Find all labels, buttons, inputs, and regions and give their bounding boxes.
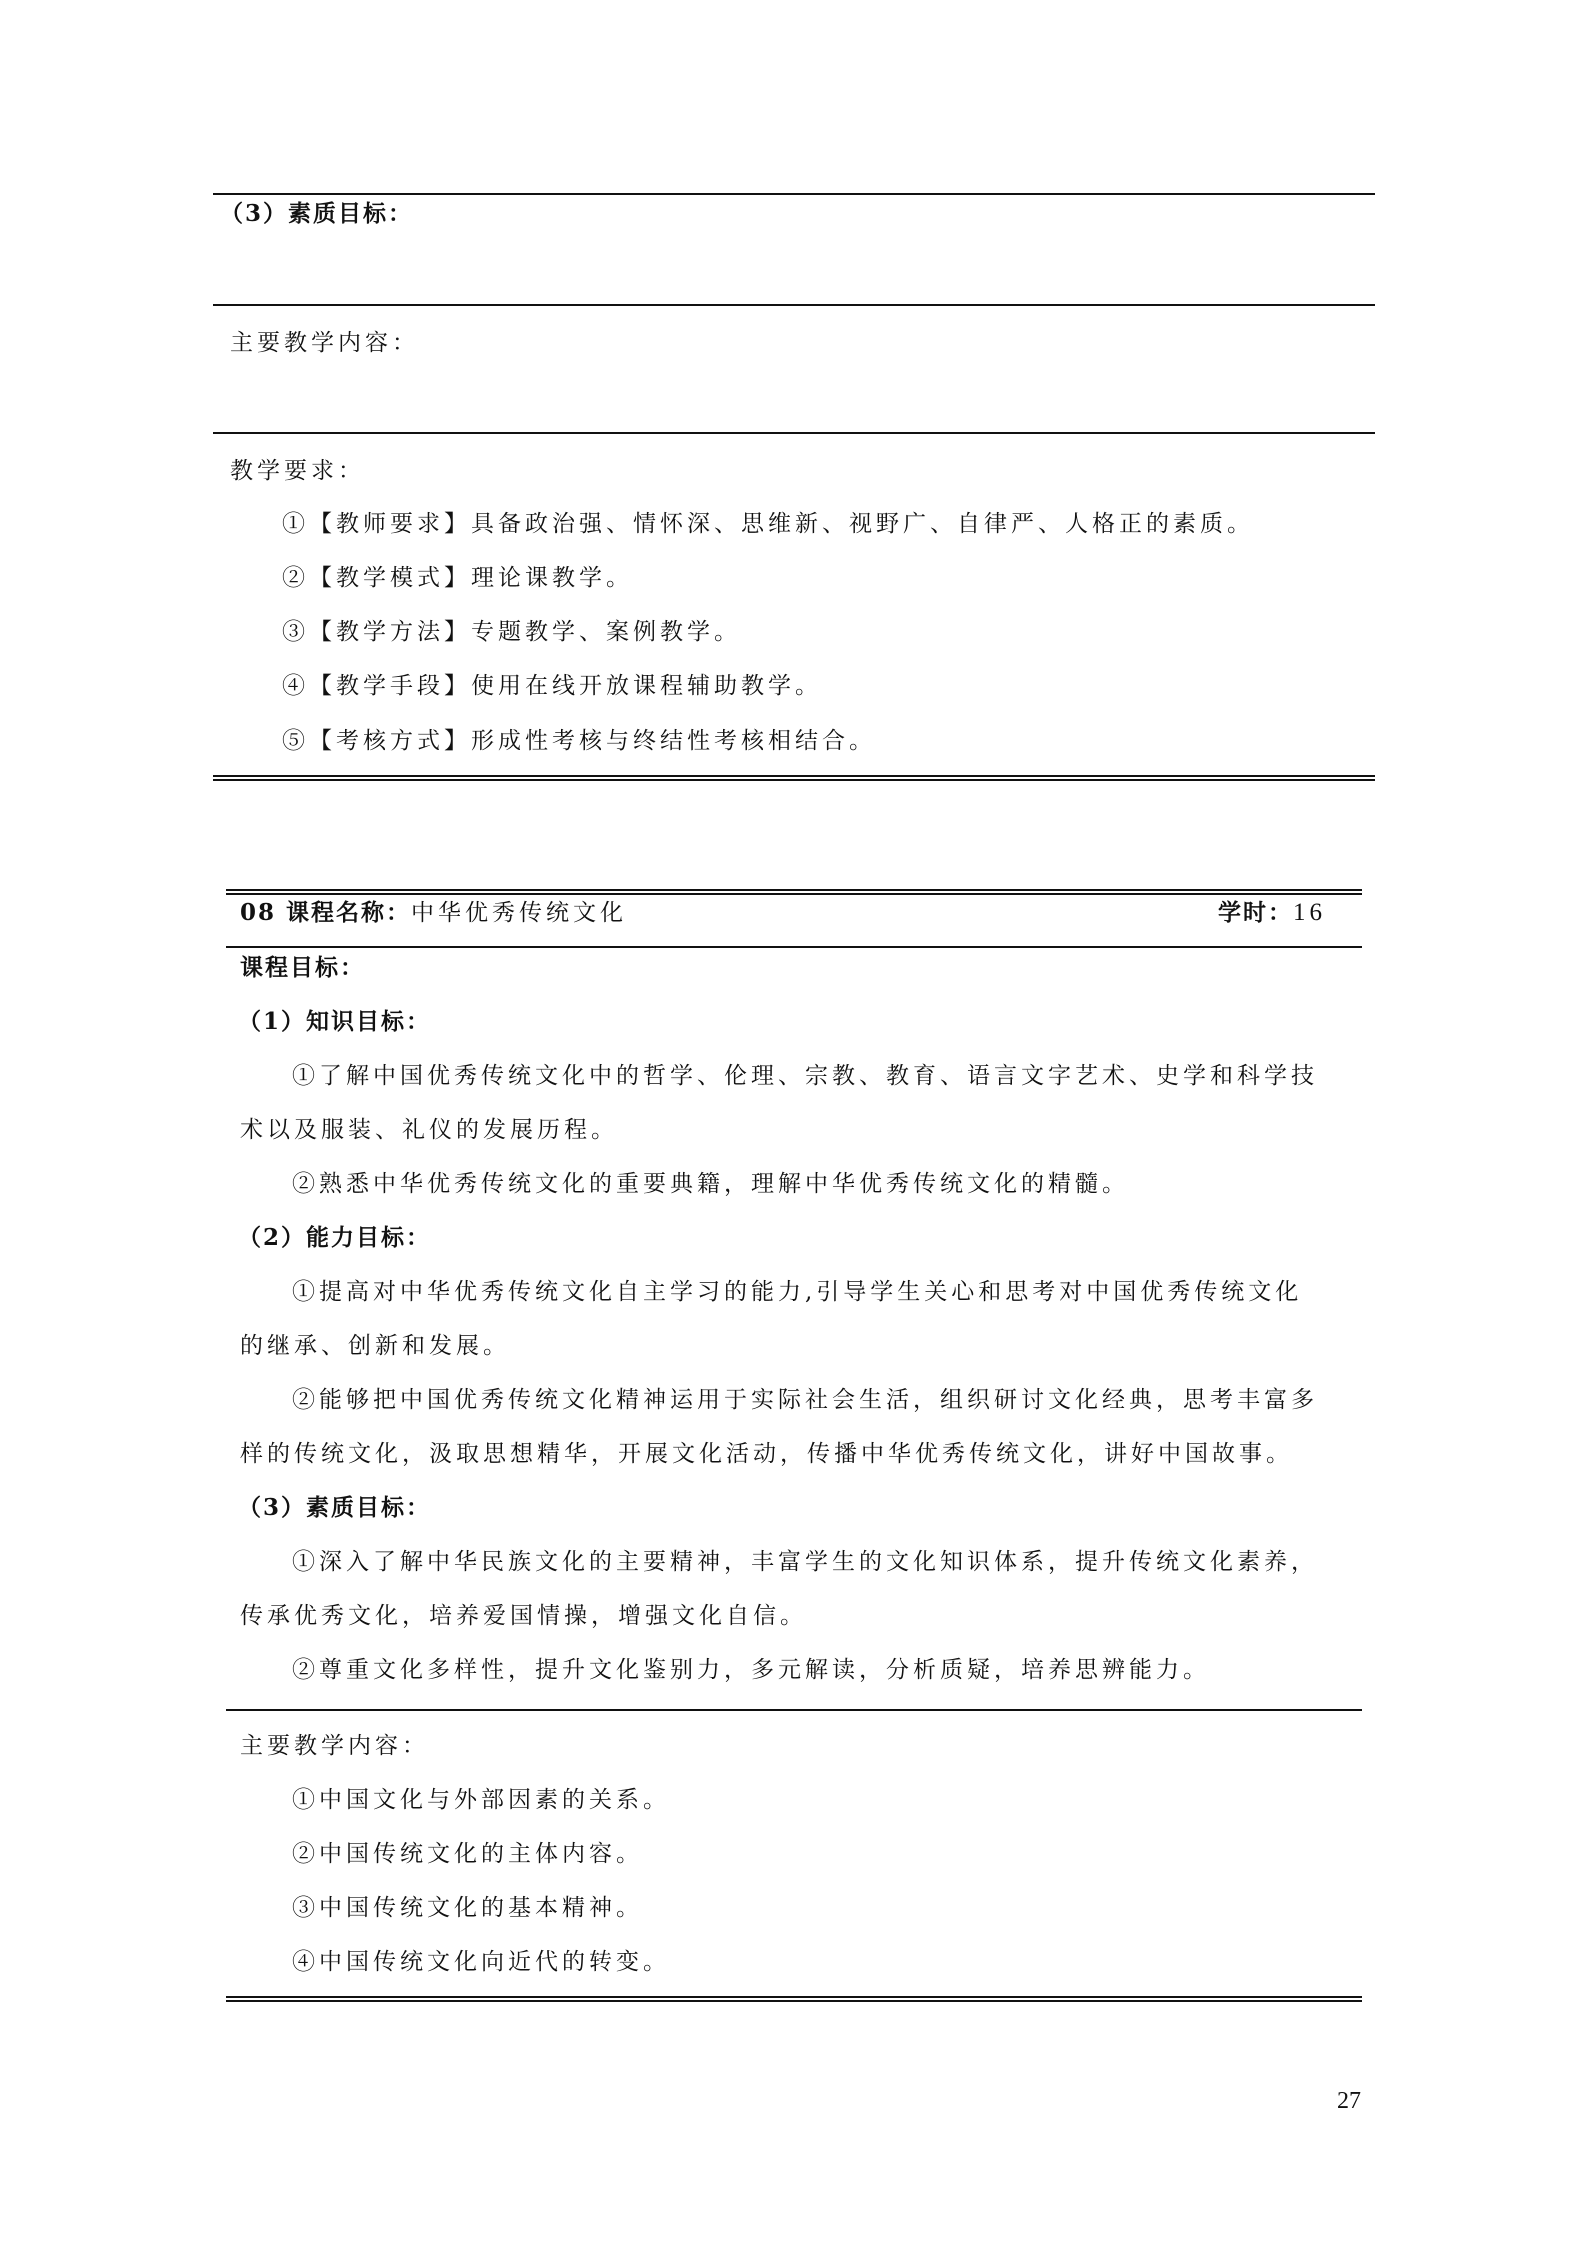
course-hours: 学时：16 (1218, 898, 1326, 928)
content-heading-2: 主要教学内容： (240, 1731, 429, 1761)
requirements-heading: 教学要求： (230, 456, 365, 486)
requirement-item: ④【教学手段】使用在线开放课程辅助教学。 (282, 671, 822, 701)
knowledge-heading: （1）知识目标： (238, 1007, 431, 1037)
quality-line: ①深入了解中华民族文化的主要精神，丰富学生的文化知识体系，提升传统文化素养， (292, 1547, 1318, 1577)
ability-line: 的继承、创新和发展。 (240, 1331, 510, 1361)
requirement-item: ③【教学方法】专题教学、案例教学。 (282, 617, 741, 647)
requirement-item: ①【教师要求】具备政治强、情怀深、思维新、视野广、自律严、人格正的素质。 (282, 509, 1254, 539)
quality-line: ②尊重文化多样性，提升文化鉴别力，多元解读，分析质疑，培养思辨能力。 (292, 1655, 1210, 1685)
table1-bottom-double-rule (213, 775, 1375, 781)
quality-heading: （3）素质目标： (238, 1493, 431, 1523)
knowledge-line: ②熟悉中华优秀传统文化的重要典籍，理解中华优秀传统文化的精髓。 (292, 1169, 1129, 1199)
content-item: ④中国传统文化向近代的转变。 (292, 1947, 670, 1977)
quality-goal-heading-1: （3）素质目标： (220, 199, 413, 229)
table2-bottom-double-rule (226, 1996, 1362, 2002)
ability-line: 样的传统文化，汲取思想精华，开展文化活动，传播中华优秀传统文化，讲好中国故事。 (240, 1439, 1293, 1469)
hours-value: 16 (1293, 899, 1326, 926)
course-label: 08 课程名称： (240, 899, 411, 926)
content-heading-1: 主要教学内容： (230, 328, 419, 358)
requirement-item: ⑤【考核方式】形成性考核与终结性考核相结合。 (282, 726, 876, 756)
knowledge-line: 术以及服装、礼仪的发展历程。 (240, 1115, 618, 1145)
content-item: ①中国文化与外部因素的关系。 (292, 1785, 670, 1815)
course-title-row: 08 课程名称：中华优秀传统文化 (240, 898, 627, 928)
quality-line: 传承优秀文化，培养爱国情操，增强文化自信。 (240, 1601, 807, 1631)
table1-top-rule (213, 193, 1375, 195)
table1-rule-2 (213, 304, 1375, 306)
content-item: ②中国传统文化的主体内容。 (292, 1839, 643, 1869)
goals-heading: 课程目标： (240, 953, 365, 983)
hours-label: 学时： (1218, 899, 1293, 926)
requirement-item: ②【教学模式】理论课教学。 (282, 563, 633, 593)
knowledge-line: ①了解中国优秀传统文化中的哲学、伦理、宗教、教育、语言文字艺术、史学和科学技 (292, 1061, 1318, 1091)
page-number: 27 (1337, 2088, 1361, 2115)
table1-rule-3 (213, 432, 1375, 434)
content-item: ③中国传统文化的基本精神。 (292, 1893, 643, 1923)
table2-rule-3 (226, 1709, 1362, 1711)
ability-line: ①提高对中华优秀传统文化自主学习的能力,引导学生关心和思考对中国优秀传统文化 (292, 1277, 1302, 1307)
ability-line: ②能够把中国优秀传统文化精神运用于实际社会生活，组织研讨文化经典，思考丰富多 (292, 1385, 1318, 1415)
table2-top-double-rule (226, 889, 1362, 895)
course-name: 中华优秀传统文化 (411, 900, 627, 926)
ability-heading: （2）能力目标： (238, 1223, 431, 1253)
table2-rule-2 (226, 946, 1362, 948)
